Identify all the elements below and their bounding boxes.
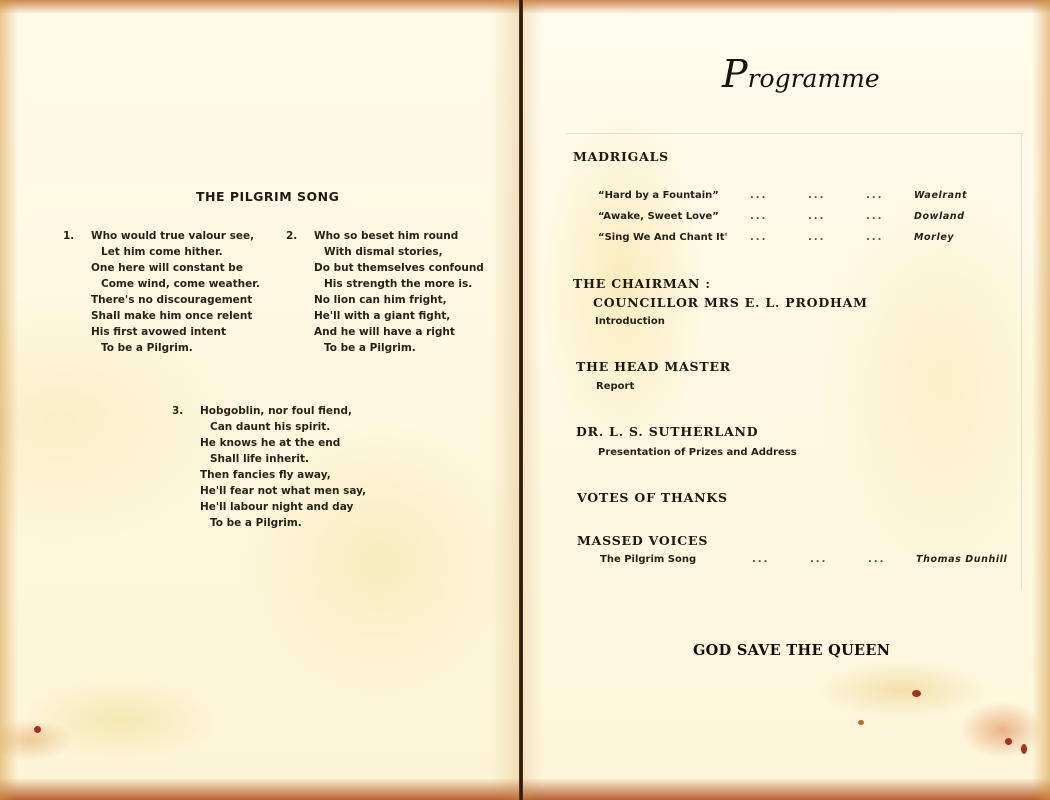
- madrigal-composer: Morley: [914, 232, 954, 243]
- madrigal-title: “Hard by a Fountain”: [598, 190, 719, 201]
- verse-line: He'll fear not what men say,: [200, 483, 366, 499]
- programme-title-rest: rogramme: [748, 64, 880, 93]
- verse-line: Who would true valour see,: [91, 228, 260, 244]
- leader-dots: ...: [866, 190, 883, 201]
- page-edge-stain: [522, 0, 1050, 14]
- verse-line: Then fancies fly away,: [200, 467, 366, 483]
- verse-line: There's no discouragement: [91, 292, 260, 308]
- foxing-spot: [34, 726, 41, 733]
- votes-heading: VOTES OF THANKS: [577, 490, 728, 505]
- verse-line: One here will constant be: [91, 260, 260, 276]
- chairman-name: COUNCILLOR MRS E. L. PRODHAM: [593, 295, 868, 310]
- leader-dots: ...: [808, 190, 825, 201]
- book-spine: [519, 0, 523, 800]
- massed-voices-heading: MASSED VOICES: [577, 533, 708, 548]
- leader-dots: ...: [866, 232, 883, 243]
- programme-title: Programme: [722, 52, 880, 96]
- page-edge-stain: [0, 778, 520, 800]
- headmaster-item: Report: [596, 381, 634, 392]
- page-edge-stain: [0, 0, 520, 14]
- verse-number: 2.: [286, 228, 297, 244]
- page-edge-stain: [522, 778, 1050, 800]
- chairman-item: Introduction: [595, 316, 665, 327]
- verse-line: He'll with a giant fight,: [314, 308, 484, 324]
- left-page: [0, 0, 520, 800]
- madrigal-composer: Dowland: [914, 211, 965, 222]
- verse-number: 3.: [172, 403, 183, 419]
- spine-shadow: [490, 0, 520, 800]
- leader-dots: ...: [752, 554, 769, 565]
- verse-line: His first avowed intent: [91, 324, 260, 340]
- verse-lines: Who would true valour see, Let him come …: [91, 228, 260, 356]
- headmaster-heading: THE HEAD MASTER: [576, 359, 731, 374]
- verse-number: 1.: [63, 228, 74, 244]
- madrigals-heading: MADRIGALS: [573, 149, 669, 164]
- song-title: THE PILGRIM SONG: [196, 189, 339, 204]
- foxing-spot: [1005, 738, 1012, 745]
- verse-line: To be a Pilgrim.: [314, 340, 484, 356]
- leader-dots: ...: [810, 554, 827, 565]
- foxing-spot: [1021, 744, 1027, 754]
- leader-dots: ...: [808, 211, 825, 222]
- chairman-heading: THE CHAIRMAN :: [573, 276, 711, 291]
- madrigal-item: “Sing We And Chant It' ... ... ... Morle…: [598, 232, 978, 246]
- verse-line: Let him come hither.: [91, 244, 260, 260]
- leader-dots: ...: [868, 554, 885, 565]
- sutherland-item: Presentation of Prizes and Address: [598, 447, 797, 458]
- verse-lines: Who so beset him round With dismal stori…: [314, 228, 484, 356]
- verse-line: Shall make him once relent: [91, 308, 260, 324]
- verse-line: He knows he at the end: [200, 435, 366, 451]
- madrigal-title: “Awake, Sweet Love”: [598, 211, 719, 222]
- leader-dots: ...: [750, 232, 767, 243]
- page-edge-stain: [1032, 0, 1050, 800]
- massed-composer: Thomas Dunhill: [916, 554, 1007, 565]
- madrigal-item: “Awake, Sweet Love” ... ... ... Dowland: [598, 211, 978, 225]
- page-edge-stain: [0, 0, 18, 800]
- verse-line: Can daunt his spirit.: [200, 419, 366, 435]
- verse-line: Who so beset him round: [314, 228, 484, 244]
- madrigal-item: “Hard by a Fountain” ... ... ... Waelran…: [598, 190, 978, 204]
- verse-line: And he will have a right: [314, 324, 484, 340]
- madrigal-title: “Sing We And Chant It': [598, 232, 728, 243]
- verse-line: He'll labour night and day: [200, 499, 366, 515]
- verse-line: To be a Pilgrim.: [91, 340, 260, 356]
- foxing-spot: [858, 720, 864, 725]
- leader-dots: ...: [750, 211, 767, 222]
- verse-line: With dismal stories,: [314, 244, 484, 260]
- verse-line: Shall life inherit.: [200, 451, 366, 467]
- verse-line: To be a Pilgrim.: [200, 515, 366, 531]
- leader-dots: ...: [866, 211, 883, 222]
- verse-line: Do but themselves confound: [314, 260, 484, 276]
- massed-title: The Pilgrim Song: [600, 554, 696, 565]
- sutherland-heading: DR. L. S. SUTHERLAND: [576, 424, 758, 439]
- madrigal-composer: Waelrant: [914, 190, 967, 201]
- verse-line: Come wind, come weather.: [91, 276, 260, 292]
- leader-dots: ...: [750, 190, 767, 201]
- leader-dots: ...: [808, 232, 825, 243]
- verse-line: Hobgoblin, nor foul fiend,: [200, 403, 366, 419]
- massed-voices-item: The Pilgrim Song ... ... ... Thomas Dunh…: [600, 554, 1020, 568]
- foxing-spot: [912, 690, 921, 697]
- closing-anthem: GOD SAVE THE QUEEN: [693, 642, 890, 659]
- verse-lines: Hobgoblin, nor foul fiend, Can daunt his…: [200, 403, 366, 531]
- verse-line: No lion can him fright,: [314, 292, 484, 308]
- programme-title-initial: P: [722, 52, 748, 96]
- spine-shadow: [523, 0, 543, 800]
- verse-line: His strength the more is.: [314, 276, 484, 292]
